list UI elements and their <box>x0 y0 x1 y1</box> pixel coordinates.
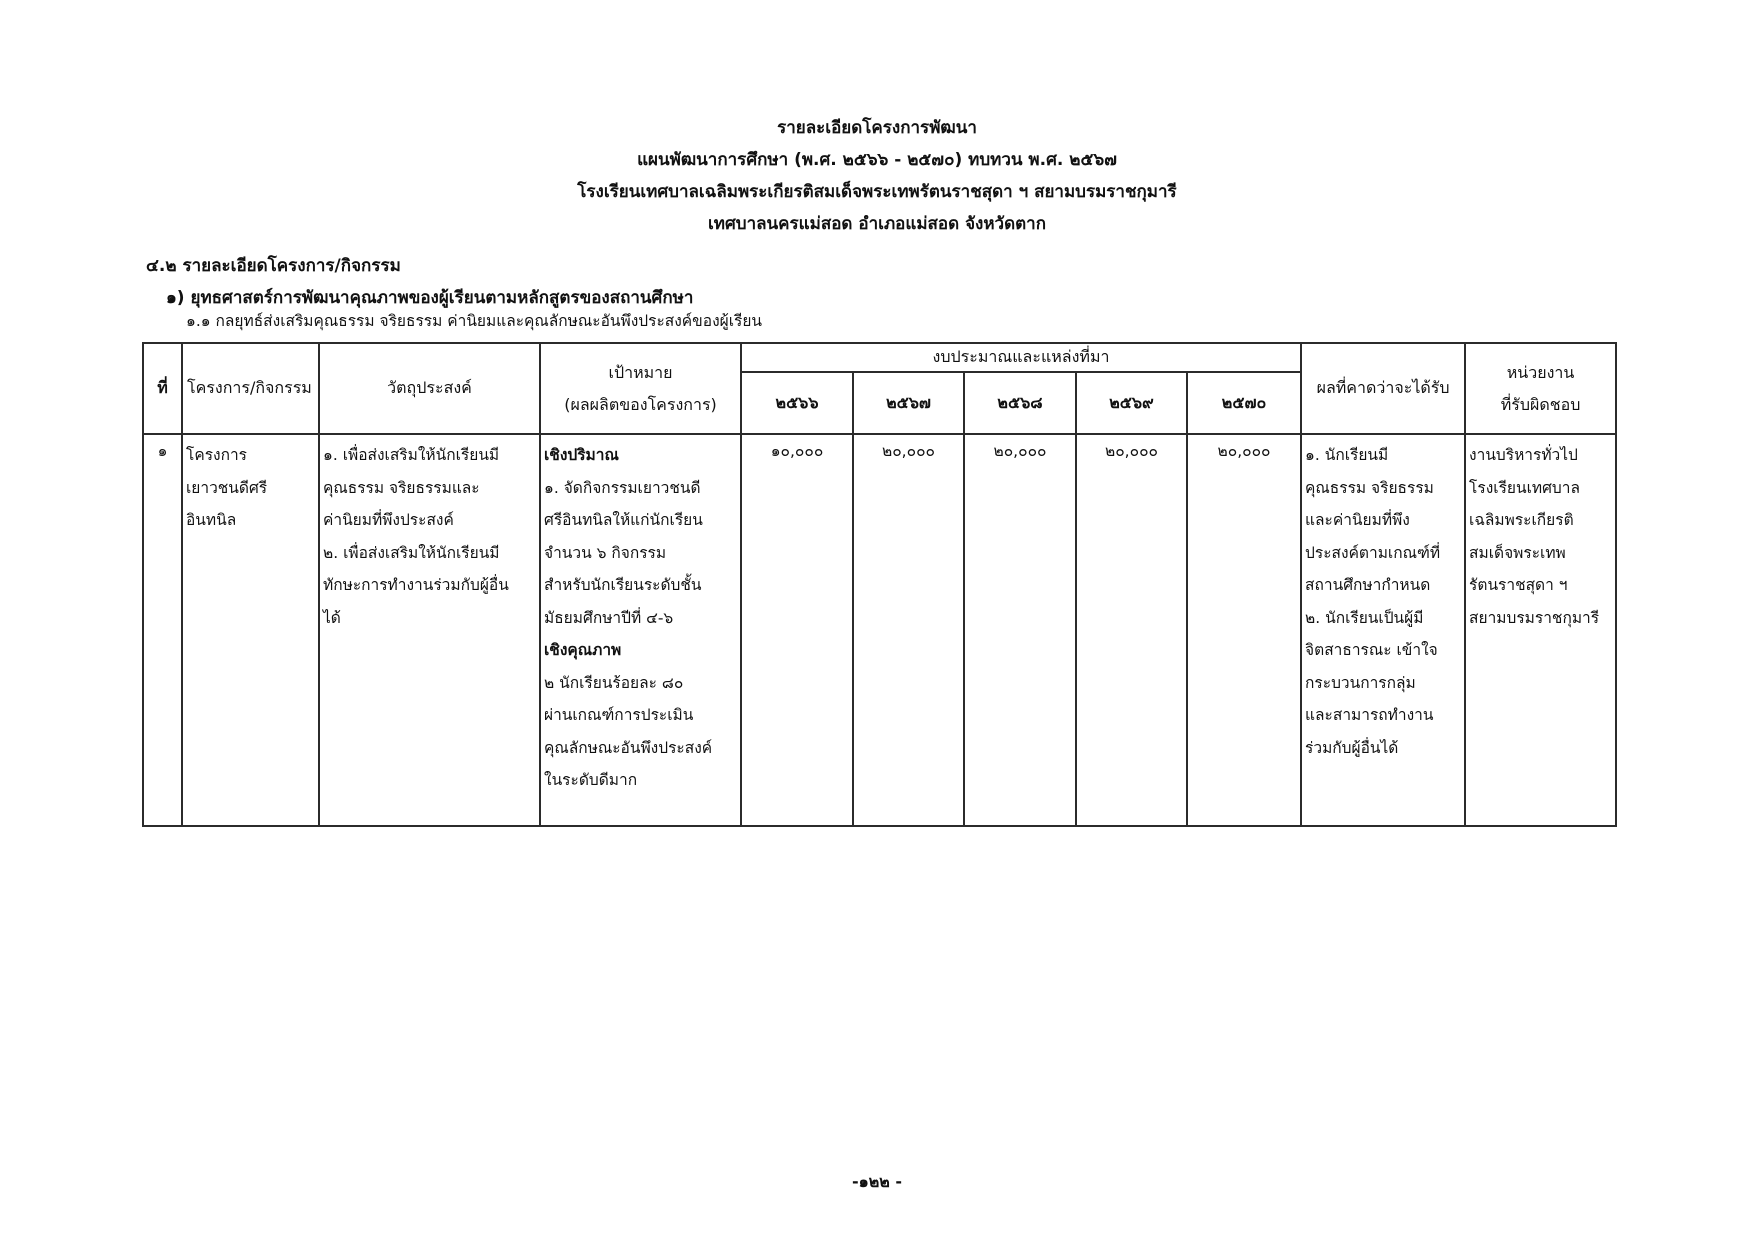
header-responsible-line1: หน่วยงาน <box>1466 357 1615 389</box>
cell-line: เยาวชนดีศรี <box>186 472 316 505</box>
header-year-2568: ๒๕๖๘ <box>964 372 1076 434</box>
header-expected-result: ผลที่คาดว่าจะได้รับ <box>1301 343 1465 434</box>
document-title-block: รายละเอียดโครงการพัฒนา แผนพัฒนาการศึกษา … <box>0 112 1754 240</box>
cell-line: จิตสาธารณะ เข้าใจ <box>1305 634 1462 667</box>
cell-line: ๑. จัดกิจกรรมเยาวชนดี <box>544 472 738 505</box>
cell-line: ร่วมกับผู้อื่นได้ <box>1305 732 1462 765</box>
cell-line: ได้ <box>323 602 537 635</box>
cell-line: จำนวน ๖ กิจกรรม <box>544 537 738 570</box>
section-heading: ๔.๒ รายละเอียดโครงการ/กิจกรรม <box>146 252 401 279</box>
budget-2568: ๒๐,๐๐๐ <box>964 434 1076 826</box>
cell-line: สำหรับนักเรียนระดับชั้น <box>544 569 738 602</box>
target-quantity-label: เชิงปริมาณ <box>544 439 738 472</box>
title-line-1: รายละเอียดโครงการพัฒนา <box>0 112 1754 144</box>
cell-line: กระบวนการกลุ่ม <box>1305 667 1462 700</box>
cell-line: สยามบรมราชกุมารี <box>1469 602 1613 635</box>
cell-line: ทักษะการทำงานร่วมกับผู้อื่น <box>323 569 537 602</box>
cell-line: สถานศึกษากำหนด <box>1305 569 1462 602</box>
cell-line: สมเด็จพระเทพ <box>1469 537 1613 570</box>
header-year-2570: ๒๕๗๐ <box>1187 372 1301 434</box>
cell-line: อินทนิล <box>186 504 316 537</box>
header-project: โครงการ/กิจกรรม <box>182 343 319 434</box>
strategy-heading: ๑) ยุทธศาสตร์การพัฒนาคุณภาพของผู้เรียนตา… <box>166 284 693 311</box>
title-line-2: แผนพัฒนาการศึกษา (พ.ศ. ๒๕๖๖ - ๒๕๗๐) ทบทว… <box>0 144 1754 176</box>
cell-line: คุณลักษณะอันพึงประสงค์ <box>544 732 738 765</box>
header-no: ที่ <box>143 343 182 434</box>
cell-line: และสามารถทำงาน <box>1305 699 1462 732</box>
header-target-line1: เป้าหมาย <box>541 357 740 389</box>
table-header-row: ที่ โครงการ/กิจกรรม วัตถุประสงค์ เป้าหมา… <box>143 343 1616 372</box>
cell-line: รัตนราชสุดา ฯ <box>1469 569 1613 602</box>
target-quality-label: เชิงคุณภาพ <box>544 634 738 667</box>
row-expected-result: ๑. นักเรียนมีคุณธรรม จริยธรรมและค่านิยมท… <box>1301 434 1465 826</box>
cell-line: ๑. นักเรียนมี <box>1305 439 1462 472</box>
tactic-heading: ๑.๑ กลยุทธ์ส่งเสริมคุณธรรม จริยธรรม ค่าน… <box>186 308 762 333</box>
cell-line: ๒ นักเรียนร้อยละ ๘๐ <box>544 667 738 700</box>
header-target-line2: (ผลผลิตของโครงการ) <box>541 389 740 421</box>
cell-line: ประสงค์ตามเกณฑ์ที่ <box>1305 537 1462 570</box>
header-responsible-line2: ที่รับผิดชอบ <box>1466 389 1615 421</box>
header-year-2569: ๒๕๖๙ <box>1076 372 1187 434</box>
cell-line: โรงเรียนเทศบาล <box>1469 472 1613 505</box>
cell-line: ๑. เพื่อส่งเสริมให้นักเรียนมี <box>323 439 537 472</box>
cell-line: เฉลิมพระเกียรติ <box>1469 504 1613 537</box>
row-target: เชิงปริมาณ ๑. จัดกิจกรรมเยาวชนดีศรีอินทน… <box>540 434 741 826</box>
cell-line: ผ่านเกณฑ์การประเมิน <box>544 699 738 732</box>
cell-line: โครงการ <box>186 439 316 472</box>
page-number: -๑๒๒ - <box>0 1170 1754 1195</box>
header-year-2566: ๒๕๖๖ <box>741 372 853 434</box>
table-row: ๑ โครงการเยาวชนดีศรีอินทนิล ๑. เพื่อส่งเ… <box>143 434 1616 826</box>
cell-line: ๒. นักเรียนเป็นผู้มี <box>1305 602 1462 635</box>
cell-line: คุณธรรม จริยธรรมและ <box>323 472 537 505</box>
budget-2569: ๒๐,๐๐๐ <box>1076 434 1187 826</box>
row-objective: ๑. เพื่อส่งเสริมให้นักเรียนมีคุณธรรม จริ… <box>319 434 540 826</box>
header-responsible: หน่วยงาน ที่รับผิดชอบ <box>1465 343 1616 434</box>
cell-line: ๒. เพื่อส่งเสริมให้นักเรียนมี <box>323 537 537 570</box>
cell-line: และค่านิยมที่พึง <box>1305 504 1462 537</box>
header-year-2567: ๒๕๖๗ <box>853 372 964 434</box>
row-project: โครงการเยาวชนดีศรีอินทนิล <box>182 434 319 826</box>
row-no: ๑ <box>143 434 182 826</box>
cell-line: คุณธรรม จริยธรรม <box>1305 472 1462 505</box>
cell-line: งานบริหารทั่วไป <box>1469 439 1613 472</box>
header-target: เป้าหมาย (ผลผลิตของโครงการ) <box>540 343 741 434</box>
cell-line: ในระดับดีมาก <box>544 764 738 797</box>
header-budget-group: งบประมาณและแหล่งที่มา <box>741 343 1301 372</box>
row-responsible: งานบริหารทั่วไปโรงเรียนเทศบาลเฉลิมพระเกี… <box>1465 434 1616 826</box>
header-objective: วัตถุประสงค์ <box>319 343 540 434</box>
budget-2566: ๑๐,๐๐๐ <box>741 434 853 826</box>
title-line-3: โรงเรียนเทศบาลเฉลิมพระเกียรติสมเด็จพระเท… <box>0 176 1754 208</box>
cell-line: ศรีอินทนิลให้แก่นักเรียน <box>544 504 738 537</box>
cell-line: มัธยมศึกษาปีที่ ๔-๖ <box>544 602 738 635</box>
budget-2567: ๒๐,๐๐๐ <box>853 434 964 826</box>
cell-line: ค่านิยมที่พึงประสงค์ <box>323 504 537 537</box>
budget-2570: ๒๐,๐๐๐ <box>1187 434 1301 826</box>
title-line-4: เทศบาลนครแม่สอด อำเภอแม่สอด จังหวัดตาก <box>0 208 1754 240</box>
project-detail-table: ที่ โครงการ/กิจกรรม วัตถุประสงค์ เป้าหมา… <box>142 342 1617 827</box>
